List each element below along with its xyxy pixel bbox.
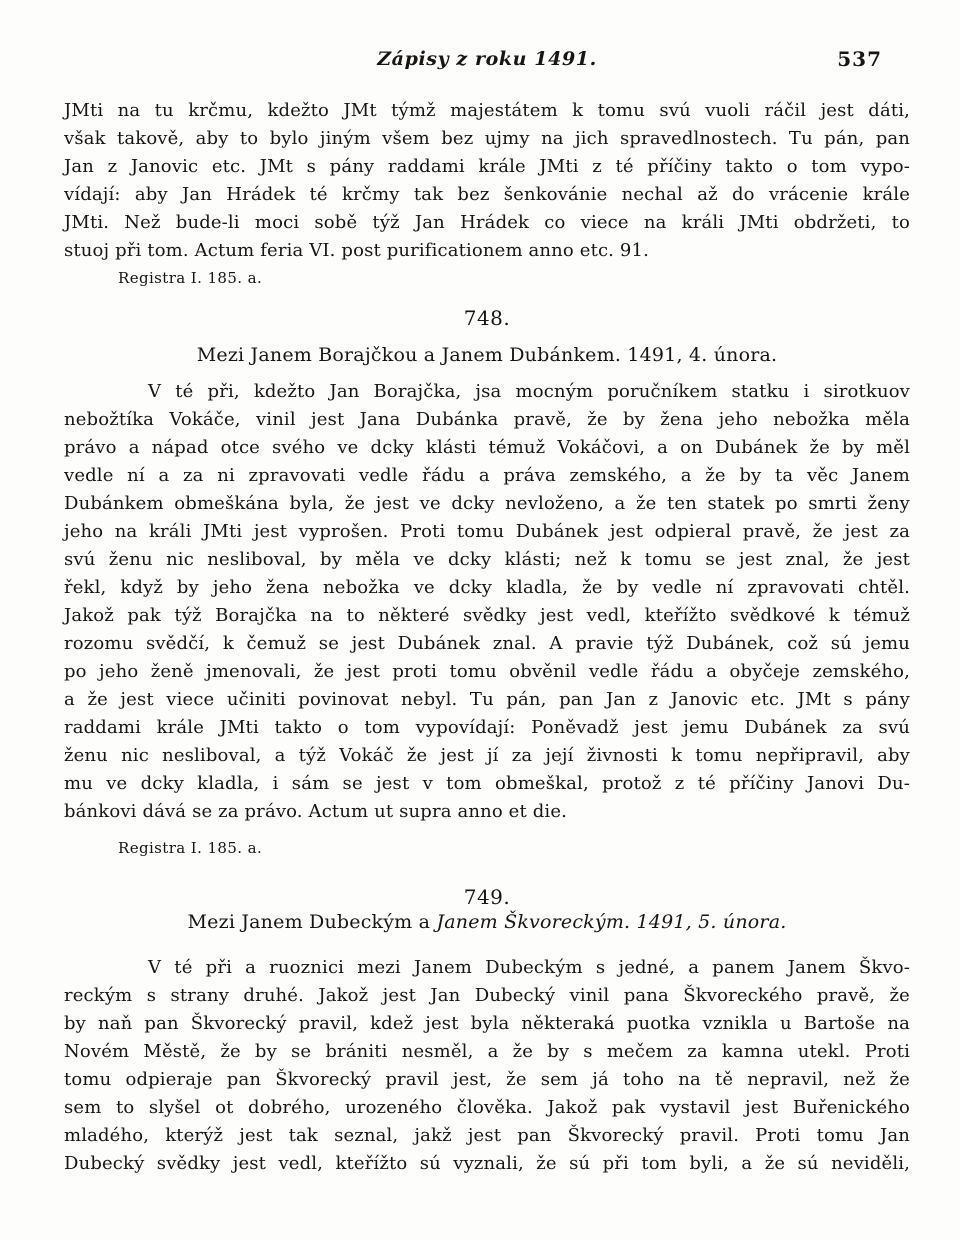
text-line: sem to slyšel ot dobrého, urozeného člov…: [64, 1094, 910, 1122]
footnote-registra: Registra I. 185. a.: [118, 268, 910, 289]
text-line: Novém Městě, že by se brániti nesměl, a …: [64, 1038, 910, 1066]
text-line: Jan z Janovic etc. JMt s pány raddami kr…: [64, 153, 910, 181]
text-line: Jakož pak týž Borajčka na to některé svě…: [64, 602, 910, 630]
text-line: však takově, aby to bylo jiným všem bez …: [64, 125, 910, 153]
text-line: ženu nic nesliboval, a týž Vokáč že jest…: [64, 742, 910, 770]
text-line: stuoj při tom. Actum feria VI. post puri…: [64, 237, 910, 265]
text-line: raddami krále JMti takto o tom vypovídaj…: [64, 714, 910, 742]
page-header: Zápisy z roku 1491. 537: [64, 0, 910, 71]
text-line: bánkovi dává se za právo. Actum ut supra…: [64, 798, 910, 826]
text-line: V té při, kdežto Jan Borajčka, jsa mocný…: [64, 378, 910, 406]
footnote-registra: Registra I. 185. a.: [118, 838, 910, 859]
text-line: a že jest viece učiniti povinovat nebyl.…: [64, 686, 910, 714]
text-line: reckým s strany druhé. Jakož jest Jan Du…: [64, 982, 910, 1010]
text-line: JMti na tu krčmu, kdežto JMt týmž majest…: [64, 97, 910, 125]
page-number: 537: [837, 47, 882, 71]
text-column: Zápisy z roku 1491. 537 JMti na tu krčmu…: [64, 0, 910, 1178]
heading-italic-part: Janem Škvoreckým. 1491, 5. února.: [436, 911, 786, 933]
record-paragraph: V té při, kdežto Jan Borajčka, jsa mocný…: [64, 378, 910, 826]
book-page: Zápisy z roku 1491. 537 JMti na tu krčmu…: [0, 0, 960, 1239]
text-line: svú ženu nic nesliboval, by měla ve dcky…: [64, 546, 910, 574]
text-line: Dubecký svědky jest vedl, kteřížto sú vy…: [64, 1150, 910, 1178]
record-heading: Mezi Janem Dubeckým a Janem Škvoreckým. …: [64, 910, 910, 935]
text-line: mu ve dcky kladla, i sám se jest v tom o…: [64, 770, 910, 798]
record-heading: Mezi Janem Borajčkou a Janem Dubánkem. 1…: [64, 343, 910, 368]
record-paragraph: JMti na tu krčmu, kdežto JMt týmž majest…: [64, 97, 910, 265]
text-line: právo a nápad otce svého ve dcky klásti …: [64, 434, 910, 462]
text-line: by naň pan Škvorecký pravil, kdež jest b…: [64, 1010, 910, 1038]
heading-roman-part: Mezi Janem Dubeckým a: [188, 911, 431, 933]
text-line: rozomu svědčí, k čemuž se jest Dubánek z…: [64, 630, 910, 658]
text-line: nebožtíka Vokáče, vinil jest Jana Dubánk…: [64, 406, 910, 434]
text-line: tomu odpieraje pan Škvorecký pravil jest…: [64, 1066, 910, 1094]
record-749: 749. Mezi Janem Dubeckým a Janem Škvorec…: [64, 885, 910, 1178]
text-line: V té při a ruoznici mezi Janem Dubeckým …: [64, 954, 910, 982]
record-number: 748.: [64, 306, 910, 331]
text-line: Dubánkem obmeškána byla, že jest ve dcky…: [64, 490, 910, 518]
text-line: JMti. Než bude-li moci sobě týž Jan Hrád…: [64, 209, 910, 237]
record-continuation: JMti na tu krčmu, kdežto JMt týmž majest…: [64, 97, 910, 289]
record-number: 749.: [64, 885, 910, 910]
running-title: Zápisy z roku 1491.: [64, 47, 910, 71]
text-line: mladého, kterýž jest tak seznal, jakž je…: [64, 1122, 910, 1150]
record-748: 748. Mezi Janem Borajčkou a Janem Dubánk…: [64, 306, 910, 859]
text-line: jeho na králi JMti jest vyprošen. Proti …: [64, 518, 910, 546]
text-line: po jeho ženě jmenovali, že jest proti to…: [64, 658, 910, 686]
text-line: vídají: aby Jan Hrádek té krčmy tak bez …: [64, 181, 910, 209]
text-line: vedle ní a za ni zpravovati vedle řádu a…: [64, 462, 910, 490]
text-line: řekl, když by jeho žena nebožka ve dcky …: [64, 574, 910, 602]
record-paragraph: V té při a ruoznici mezi Janem Dubeckým …: [64, 954, 910, 1178]
